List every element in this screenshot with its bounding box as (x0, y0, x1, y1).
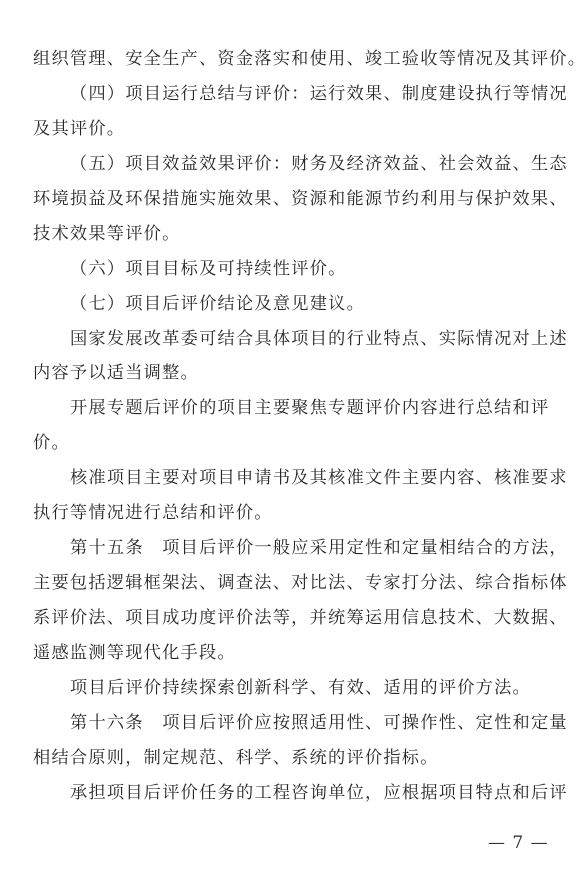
text-line: 执行等情况进行总结和评价。 (33, 496, 553, 531)
text-line: 环境损益及环保措施实施效果、资源和能源节约利用与保护效果、 (33, 182, 553, 217)
text-line: 组织管理、安全生产、资金落实和使用、竣工验收等情况及其评价。 (33, 42, 553, 77)
text-line: 相结合原则，制定规范、科学、系统的评价指标。 (33, 741, 553, 776)
text-line: 国家发展改革委可结合具体项目的行业特点、实际情况对上述 (33, 322, 553, 357)
text-line: 项目后评价持续探索创新科学、有效、适用的评价方法。 (33, 671, 553, 706)
document-body: 组织管理、安全生产、资金落实和使用、竣工验收等情况及其评价。 （四）项目运行总结… (33, 42, 553, 811)
text-line: （五）项目效益效果评价：财务及经济效益、社会效益、生态 (33, 147, 553, 182)
text-line: 遥感监测等现代化手段。 (33, 636, 553, 671)
text-line: 主要包括逻辑框架法、调查法、对比法、专家打分法、综合指标体 (33, 566, 553, 601)
document-page: 组织管理、安全生产、资金落实和使用、竣工验收等情况及其评价。 （四）项目运行总结… (0, 0, 576, 880)
text-line: 系评价法、项目成功度评价法等，并统筹运用信息技术、大数据、 (33, 601, 553, 636)
text-line: 价。 (33, 426, 553, 461)
text-line: 技术效果等评价。 (33, 217, 553, 252)
article-15-line: 第十五条 项目后评价一般应采用定性和定量相结合的方法， (33, 531, 553, 566)
text-line: 承担项目后评价任务的工程咨询单位，应根据项目特点和后评 (33, 776, 553, 811)
text-line: 及其评价。 (33, 112, 553, 147)
page-number: — 7 — (488, 830, 549, 856)
article-16-line: 第十六条 项目后评价应按照适用性、可操作性、定性和定量 (33, 706, 553, 741)
text-line: 开展专题后评价的项目主要聚焦专题评价内容进行总结和评 (33, 391, 553, 426)
text-line: （六）项目目标及可持续性评价。 (33, 252, 553, 287)
text-line: （四）项目运行总结与评价：运行效果、制度建设执行等情况 (33, 77, 553, 112)
text-line: 内容予以适当调整。 (33, 356, 553, 391)
text-line: 核准项目主要对项目申请书及其核准文件主要内容、核准要求 (33, 461, 553, 496)
text-line: （七）项目后评价结论及意见建议。 (33, 287, 553, 322)
